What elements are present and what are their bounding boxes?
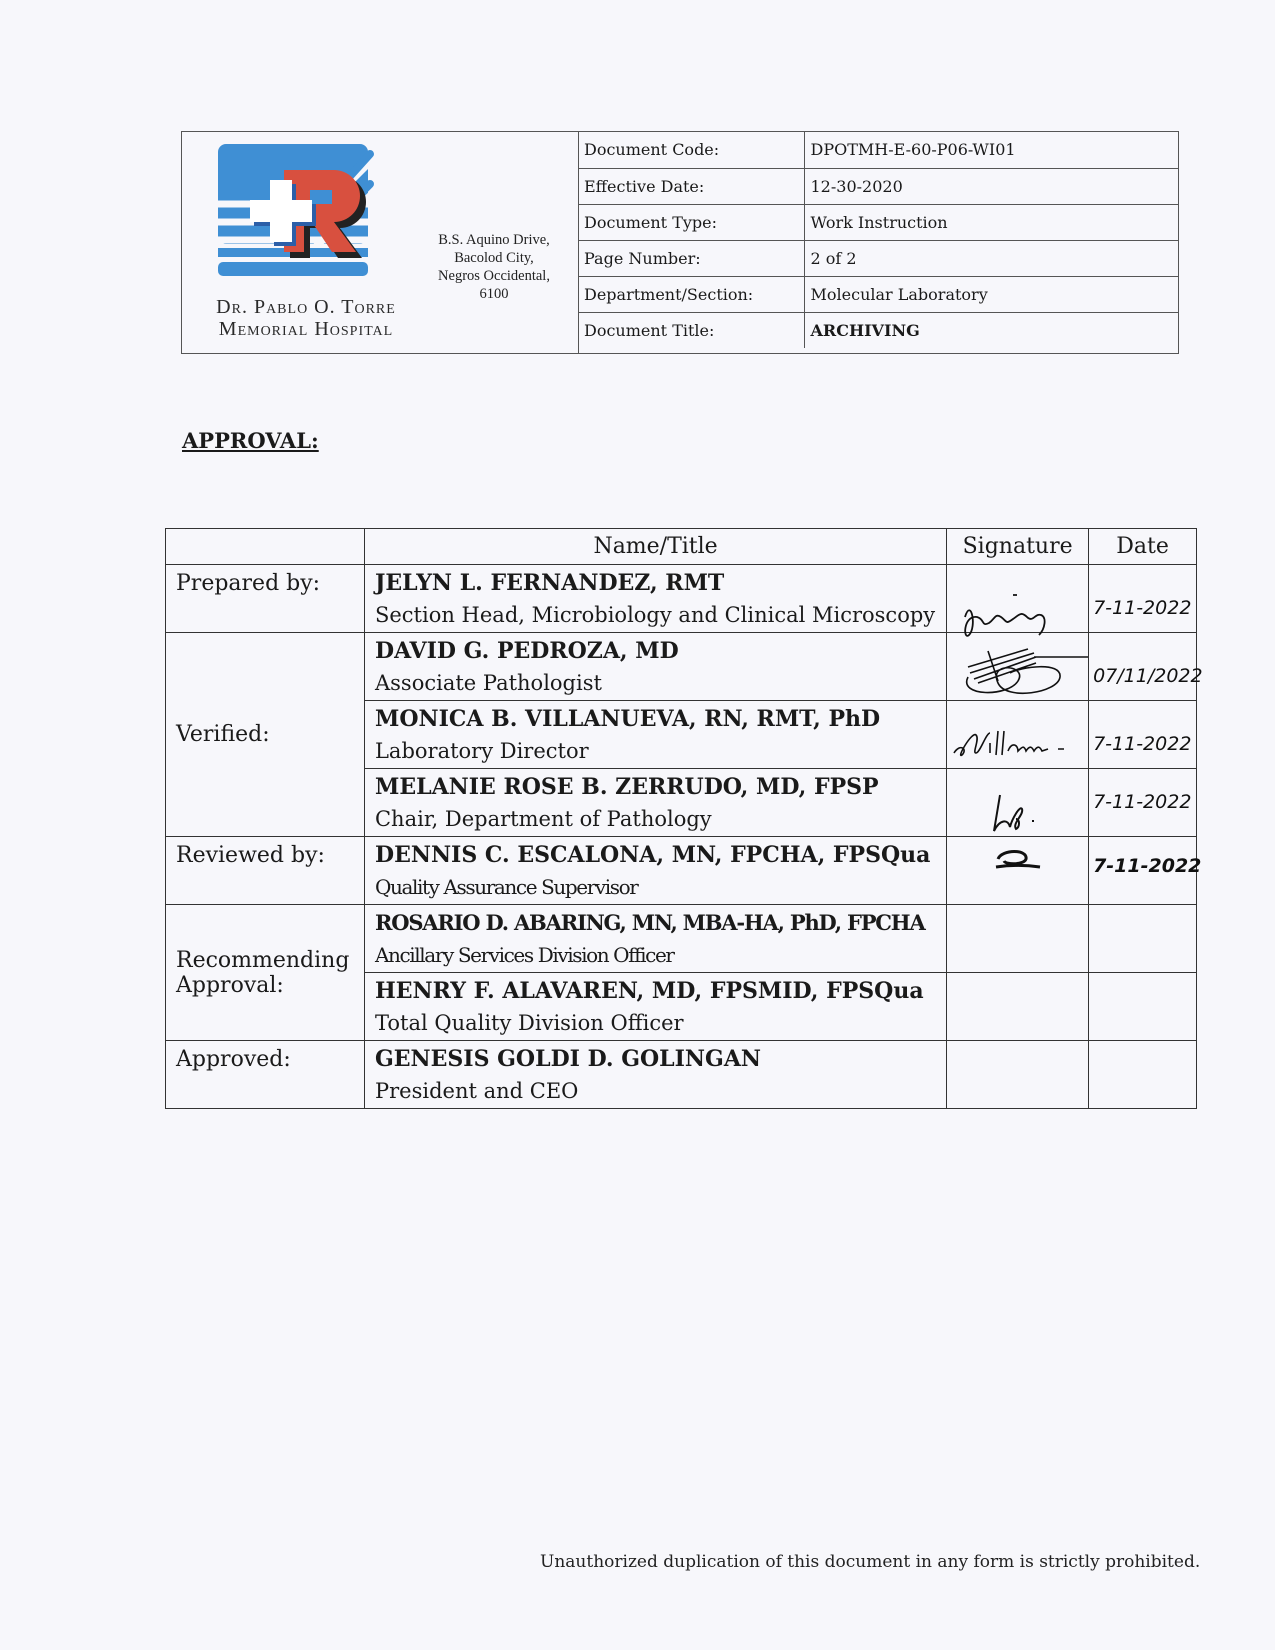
- meta-row-page: Page Number:2 of 2: [578, 240, 1178, 276]
- document-title-value: ARCHIVING: [804, 312, 1178, 348]
- name-title-cell: MONICA B. VILLANUEVA, RN, RMT, PhDLabora…: [364, 701, 946, 769]
- date-cell: 7-11-2022: [1089, 837, 1197, 905]
- signatory-name: DAVID G. PEDROZA, MD: [375, 635, 936, 667]
- meta-row-type: Document Type:Work Instruction: [578, 204, 1178, 240]
- name-title-cell: DENNIS C. ESCALONA, MN, FPCHA, FPSQuaQua…: [364, 837, 946, 905]
- column-header-role: [166, 529, 365, 565]
- handwritten-signature-icon: [947, 637, 1088, 703]
- approval-heading: APPROVAL:: [182, 428, 319, 453]
- signature-cell: [947, 565, 1089, 633]
- meta-label: Document Type:: [578, 204, 804, 240]
- address-line: B.S. Aquino Drive,: [414, 231, 574, 249]
- signature-cell: [947, 769, 1089, 837]
- approval-header-row: Name/Title Signature Date: [166, 529, 1197, 565]
- name-title-cell: JELYN L. FERNANDEZ, RMTSection Head, Mic…: [364, 565, 946, 633]
- document-code-value: DPOTMH-E-60-P06-WI01: [804, 132, 1178, 168]
- meta-row-code: Document Code:DPOTMH-E-60-P06-WI01: [578, 132, 1178, 168]
- table-row: Recommending Approval: ROSARIO D. ABARIN…: [166, 905, 1197, 973]
- signatory-name: ROSARIO D. ABARING, MN, MBA-HA, PhD, FPC…: [375, 907, 936, 939]
- date-cell: [1089, 973, 1197, 1041]
- signature-cell: [947, 905, 1089, 973]
- signatory-title: Laboratory Director: [375, 735, 936, 767]
- department-value: Molecular Laboratory: [804, 276, 1178, 312]
- address-line: Bacolod City,: [414, 249, 574, 267]
- role-recommending-approval: Recommending Approval:: [166, 905, 365, 1041]
- signed-date: 7-11-2022: [1093, 791, 1191, 813]
- handwritten-signature-icon: [947, 723, 1088, 769]
- signatory-title: Ancillary Services Division Officer: [375, 939, 936, 971]
- role-verified: Verified:: [166, 633, 365, 837]
- signatory-name: HENRY F. ALAVAREN, MD, FPSMID, FPSQua: [375, 975, 936, 1007]
- address-line: 6100: [414, 285, 574, 303]
- hospital-identity: Dr. Pablo O. Torre Memorial Hospital B.S…: [182, 132, 579, 353]
- signatory-name: MELANIE ROSE B. ZERRUDO, MD, FPSP: [375, 771, 936, 803]
- name-title-cell: MELANIE ROSE B. ZERRUDO, MD, FPSPChair, …: [364, 769, 946, 837]
- table-row: Reviewed by: DENNIS C. ESCALONA, MN, FPC…: [166, 837, 1197, 905]
- table-row: Approved: GENESIS GOLDI D. GOLINGANPresi…: [166, 1041, 1197, 1109]
- handwritten-signature-icon: [947, 845, 1088, 881]
- meta-label: Effective Date:: [578, 168, 804, 204]
- document-type-value: Work Instruction: [804, 204, 1178, 240]
- signatory-name: GENESIS GOLDI D. GOLINGAN: [375, 1043, 936, 1075]
- table-row: Prepared by: JELYN L. FERNANDEZ, RMTSect…: [166, 565, 1197, 633]
- hospital-name-line2: Memorial Hospital: [190, 318, 422, 340]
- column-header-signature: Signature: [947, 529, 1089, 565]
- signed-date: 7-11-2022: [1093, 597, 1191, 619]
- date-cell: [1089, 1041, 1197, 1109]
- signatory-name: DENNIS C. ESCALONA, MN, FPCHA, FPSQua: [375, 839, 936, 871]
- signatory-title: Associate Pathologist: [375, 667, 936, 699]
- meta-row-effective-date: Effective Date:12-30-2020: [578, 168, 1178, 204]
- column-header-name-title: Name/Title: [364, 529, 946, 565]
- approval-table: Name/Title Signature Date Prepared by: J…: [165, 528, 1197, 1109]
- signature-cell: [947, 1041, 1089, 1109]
- name-title-cell: GENESIS GOLDI D. GOLINGANPresident and C…: [364, 1041, 946, 1109]
- signature-cell: [947, 701, 1089, 769]
- meta-row-title: Document Title:ARCHIVING: [578, 312, 1178, 348]
- meta-label: Document Code:: [578, 132, 804, 168]
- signatory-title: Total Quality Division Officer: [375, 1007, 936, 1039]
- signature-cell: [947, 633, 1089, 701]
- document-header: Dr. Pablo O. Torre Memorial Hospital B.S…: [181, 131, 1179, 354]
- meta-label: Department/Section:: [578, 276, 804, 312]
- duplication-notice: Unauthorized duplication of this documen…: [540, 1552, 1200, 1572]
- date-cell: 7-11-2022: [1089, 701, 1197, 769]
- column-header-date: Date: [1089, 529, 1197, 565]
- page-number-value: 2 of 2: [804, 240, 1178, 276]
- hospital-name: Dr. Pablo O. Torre Memorial Hospital: [190, 296, 422, 340]
- signatory-title: Quality Assurance Supervisor: [375, 871, 936, 903]
- signatory-name: JELYN L. FERNANDEZ, RMT: [375, 567, 936, 599]
- name-title-cell: DAVID G. PEDROZA, MDAssociate Pathologis…: [364, 633, 946, 701]
- signed-date: 7-11-2022: [1093, 855, 1201, 877]
- table-row: Verified: DAVID G. PEDROZA, MDAssociate …: [166, 633, 1197, 701]
- document-meta-table: Document Code:DPOTMH-E-60-P06-WI01 Effec…: [578, 132, 1178, 348]
- role-reviewed-by: Reviewed by:: [166, 837, 365, 905]
- hospital-name-line1: Dr. Pablo O. Torre: [190, 296, 422, 318]
- date-cell: 7-11-2022: [1089, 565, 1197, 633]
- date-cell: 07/11/2022: [1089, 633, 1197, 701]
- hospital-address: B.S. Aquino Drive, Bacolod City, Negros …: [414, 231, 574, 303]
- signatory-title: President and CEO: [375, 1075, 936, 1107]
- meta-row-department: Department/Section:Molecular Laboratory: [578, 276, 1178, 312]
- address-line: Negros Occidental,: [414, 267, 574, 285]
- handwritten-signature-icon: [947, 791, 1088, 841]
- name-title-cell: HENRY F. ALAVAREN, MD, FPSMID, FPSQuaTot…: [364, 973, 946, 1041]
- name-title-cell: ROSARIO D. ABARING, MN, MBA-HA, PhD, FPC…: [364, 905, 946, 973]
- meta-label: Document Title:: [578, 312, 804, 348]
- role-approved: Approved:: [166, 1041, 365, 1109]
- date-cell: 7-11-2022: [1089, 769, 1197, 837]
- signature-cell: [947, 837, 1089, 905]
- effective-date-value: 12-30-2020: [804, 168, 1178, 204]
- signatory-name: MONICA B. VILLANUEVA, RN, RMT, PhD: [375, 703, 936, 735]
- signatory-title: Section Head, Microbiology and Clinical …: [375, 599, 936, 631]
- date-cell: [1089, 905, 1197, 973]
- hospital-logo-icon: [218, 144, 374, 296]
- signed-date: 7-11-2022: [1093, 733, 1191, 755]
- signature-cell: [947, 973, 1089, 1041]
- signatory-title: Chair, Department of Pathology: [375, 803, 936, 835]
- role-prepared-by: Prepared by:: [166, 565, 365, 633]
- meta-label: Page Number:: [578, 240, 804, 276]
- signed-date: 07/11/2022: [1093, 665, 1203, 687]
